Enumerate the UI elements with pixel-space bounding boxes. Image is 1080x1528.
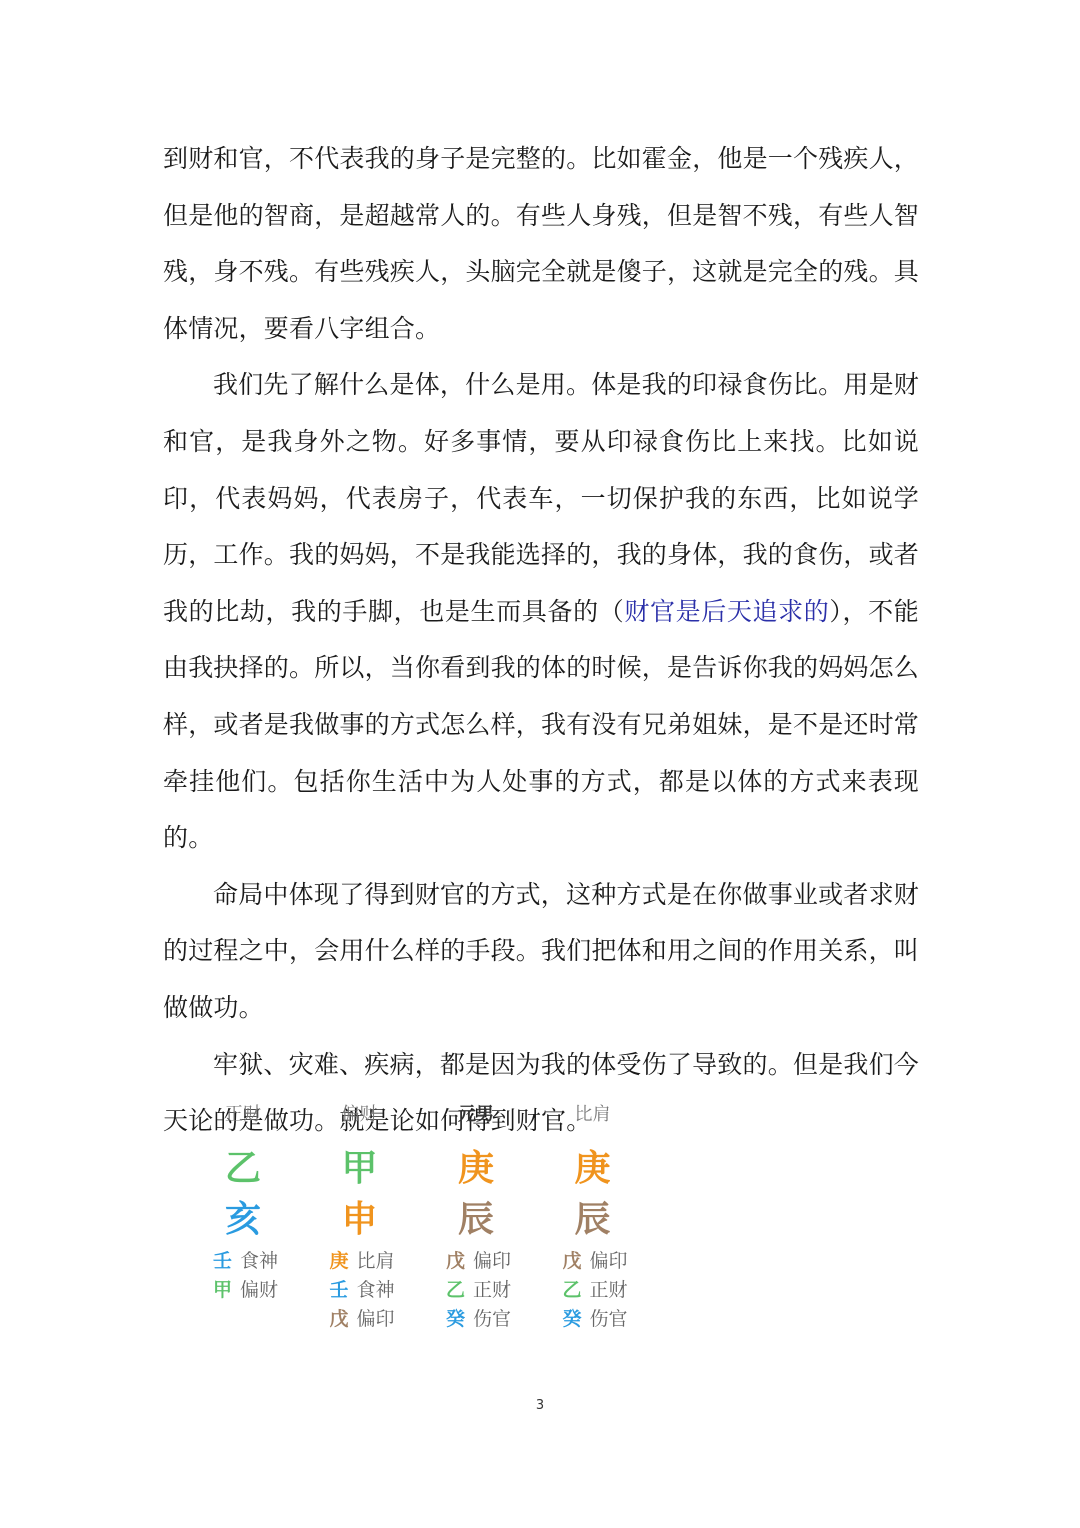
hidden-stem-row: 戊偏印 — [330, 1305, 395, 1334]
paragraph: 到财和官，不代表我的身子是完整的。比如霍金，他是一个残疾人，但是他的智商，是超越… — [163, 131, 919, 357]
earthly-branch: 辰 — [418, 1191, 534, 1242]
ten-god-label: 正财 — [473, 1279, 511, 1301]
hidden-stem: 戊 — [330, 1308, 349, 1330]
hidden-stem-row: 壬食神 — [213, 1247, 278, 1276]
hidden-stems-list: 庚比肩壬食神戊偏印 — [330, 1247, 395, 1334]
earthly-branch: 辰 — [535, 1191, 651, 1242]
hidden-stem: 乙 — [563, 1279, 582, 1301]
ten-god-label: 偏印 — [357, 1308, 395, 1330]
ten-god-label: 偏财 — [240, 1279, 278, 1301]
hidden-stem-row: 壬食神 — [330, 1276, 395, 1305]
heavenly-stem: 庚 — [535, 1140, 651, 1191]
hidden-stem: 癸 — [563, 1308, 582, 1330]
hidden-stem-row: 庚比肩 — [330, 1247, 395, 1276]
hidden-stem-row: 戊偏印 — [563, 1247, 628, 1276]
heavenly-stem: 庚 — [418, 1140, 534, 1191]
hidden-stems-list: 壬食神甲偏财 — [213, 1247, 278, 1305]
hidden-stem: 戊 — [563, 1250, 582, 1272]
bazi-chart: 正财乙亥壬食神甲偏财偏财甲申庚比肩壬食神戊偏印元男庚辰戊偏印乙正财癸伤官比肩庚辰… — [185, 1100, 655, 1340]
ten-god-label: 食神 — [357, 1279, 395, 1301]
pillar-role-label: 偏财 — [302, 1100, 418, 1126]
heavenly-stem: 乙 — [185, 1140, 301, 1191]
text-segment: 我们先了解什么是体，什么是用。体是我的印禄食伤比。用是财和官，是我身外之物。好多… — [163, 370, 919, 625]
hidden-stem: 癸 — [446, 1308, 465, 1330]
pillar-role-label: 比肩 — [535, 1100, 651, 1126]
ten-god-label: 偏印 — [473, 1250, 511, 1272]
hidden-stem: 甲 — [213, 1279, 232, 1301]
pillar-role-label: 元男 — [418, 1100, 534, 1126]
paragraph: 命局中体现了得到财官的方式，这种方式是在你做事业或者求财的过程之中，会用什么样的… — [163, 867, 919, 1037]
page-number: 3 — [0, 1398, 1080, 1413]
hidden-stem-row: 乙正财 — [563, 1276, 628, 1305]
highlighted-text: 财官是后天追求的 — [624, 597, 829, 626]
hidden-stem: 庚 — [330, 1250, 349, 1272]
ten-god-label: 正财 — [590, 1279, 628, 1301]
ten-god-label: 食神 — [240, 1250, 278, 1272]
hidden-stem-row: 戊偏印 — [446, 1247, 511, 1276]
heavenly-stem: 甲 — [302, 1140, 418, 1191]
ten-god-label: 伤官 — [590, 1308, 628, 1330]
hidden-stem-row: 乙正财 — [446, 1276, 511, 1305]
ten-god-label: 比肩 — [357, 1250, 395, 1272]
hidden-stems-list: 戊偏印乙正财癸伤官 — [446, 1247, 511, 1334]
pillar-role-label: 正财 — [185, 1100, 301, 1126]
ten-god-label: 偏印 — [590, 1250, 628, 1272]
hidden-stem: 乙 — [446, 1279, 465, 1301]
hidden-stem: 壬 — [213, 1250, 232, 1272]
body-text: 到财和官，不代表我的身子是完整的。比如霍金，他是一个残疾人，但是他的智商，是超越… — [163, 131, 919, 1150]
hidden-stem-row: 癸伤官 — [563, 1305, 628, 1334]
paragraph: 我们先了解什么是体，什么是用。体是我的印禄食伤比。用是财和官，是我身外之物。好多… — [163, 357, 919, 866]
text-segment: 命局中体现了得到财官的方式，这种方式是在你做事业或者求财的过程之中，会用什么样的… — [163, 880, 919, 1022]
earthly-branch: 申 — [302, 1191, 418, 1242]
ten-god-label: 伤官 — [473, 1308, 511, 1330]
hidden-stem: 壬 — [330, 1279, 349, 1301]
hidden-stem-row: 癸伤官 — [446, 1305, 511, 1334]
text-segment: 到财和官，不代表我的身子是完整的。比如霍金，他是一个残疾人，但是他的智商，是超越… — [163, 144, 919, 343]
earthly-branch: 亥 — [185, 1191, 301, 1242]
hidden-stem-row: 甲偏财 — [213, 1276, 278, 1305]
document-page: 到财和官，不代表我的身子是完整的。比如霍金，他是一个残疾人，但是他的智商，是超越… — [0, 0, 1080, 1528]
text-segment: ），不能由我抉择的。所以，当你看到我的体的时候，是告诉你我的妈妈怎么样，或者是我… — [163, 597, 919, 852]
hidden-stem: 戊 — [446, 1250, 465, 1272]
hidden-stems-list: 戊偏印乙正财癸伤官 — [563, 1247, 628, 1334]
